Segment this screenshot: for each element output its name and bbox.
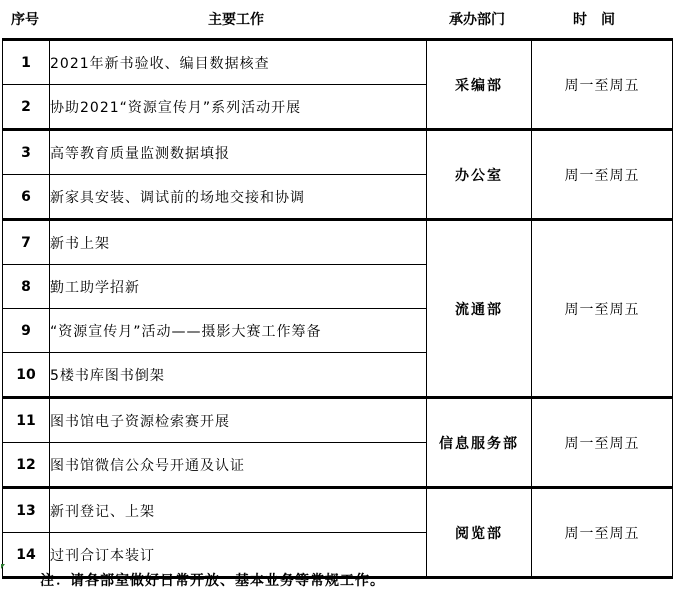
header-time: 时间 xyxy=(530,9,672,29)
dept-cell: 流通部 xyxy=(427,220,532,398)
time-cell: 周一至周五 xyxy=(532,398,673,488)
row-no: 1 xyxy=(3,40,50,85)
row-no: 8 xyxy=(3,265,50,309)
time-cell: 周一至周五 xyxy=(532,220,673,398)
row-no: 3 xyxy=(3,130,50,175)
table-row: 1 2021年新书验收、编目数据核查 采编部 周一至周五 xyxy=(3,40,673,85)
row-work: 高等教育质量监测数据填报 xyxy=(50,130,427,175)
row-work: 图书馆微信公众号开通及认证 xyxy=(50,443,427,488)
row-work: 协助2021“资源宣传月”系列活动开展 xyxy=(50,85,427,130)
footnote: 注：请各部室做好日常开放、基本业务等常规工作。 xyxy=(40,570,385,590)
row-work: 图书馆电子资源检索赛开展 xyxy=(50,398,427,443)
row-no: 10 xyxy=(3,353,50,398)
row-work: 2021年新书验收、编目数据核查 xyxy=(50,40,427,85)
row-work: “资源宣传月”活动——摄影大赛工作筹备 xyxy=(50,309,427,353)
header-no: 序号 xyxy=(2,9,48,29)
header-dept: 承办部门 xyxy=(424,9,530,29)
row-work: 5楼书库图书倒架 xyxy=(50,353,427,398)
time-cell: 周一至周五 xyxy=(532,488,673,578)
table-row: 13 新刊登记、上架 阅览部 周一至周五 xyxy=(3,488,673,533)
row-work: 新书上架 xyxy=(50,220,427,265)
dept-cell: 采编部 xyxy=(427,40,532,130)
row-work: 新家具安装、调试前的场地交接和协调 xyxy=(50,175,427,220)
row-work: 勤工助学招新 xyxy=(50,265,427,309)
row-no: 9 xyxy=(3,309,50,353)
row-no: 7 xyxy=(3,220,50,265)
row-no: 12 xyxy=(3,443,50,488)
table-header: 序号 主要工作 承办部门 时间 xyxy=(0,0,674,38)
dept-cell: 信息服务部 xyxy=(427,398,532,488)
row-no: 2 xyxy=(3,85,50,130)
dept-cell: 阅览部 xyxy=(427,488,532,578)
table-row: 7 新书上架 流通部 周一至周五 xyxy=(3,220,673,265)
dept-cell: 办公室 xyxy=(427,130,532,220)
header-work: 主要工作 xyxy=(48,9,424,29)
time-cell: 周一至周五 xyxy=(532,40,673,130)
table-row: 3 高等教育质量监测数据填报 办公室 周一至周五 xyxy=(3,130,673,175)
row-work: 新刊登记、上架 xyxy=(50,488,427,533)
table-row: 11 图书馆电子资源检索赛开展 信息服务部 周一至周五 xyxy=(3,398,673,443)
row-no: 6 xyxy=(3,175,50,220)
time-cell: 周一至周五 xyxy=(532,130,673,220)
cell-comment-marker xyxy=(1,564,5,569)
work-schedule-table: 1 2021年新书验收、编目数据核查 采编部 周一至周五 2 协助2021“资源… xyxy=(2,38,673,579)
row-no: 13 xyxy=(3,488,50,533)
row-no: 11 xyxy=(3,398,50,443)
